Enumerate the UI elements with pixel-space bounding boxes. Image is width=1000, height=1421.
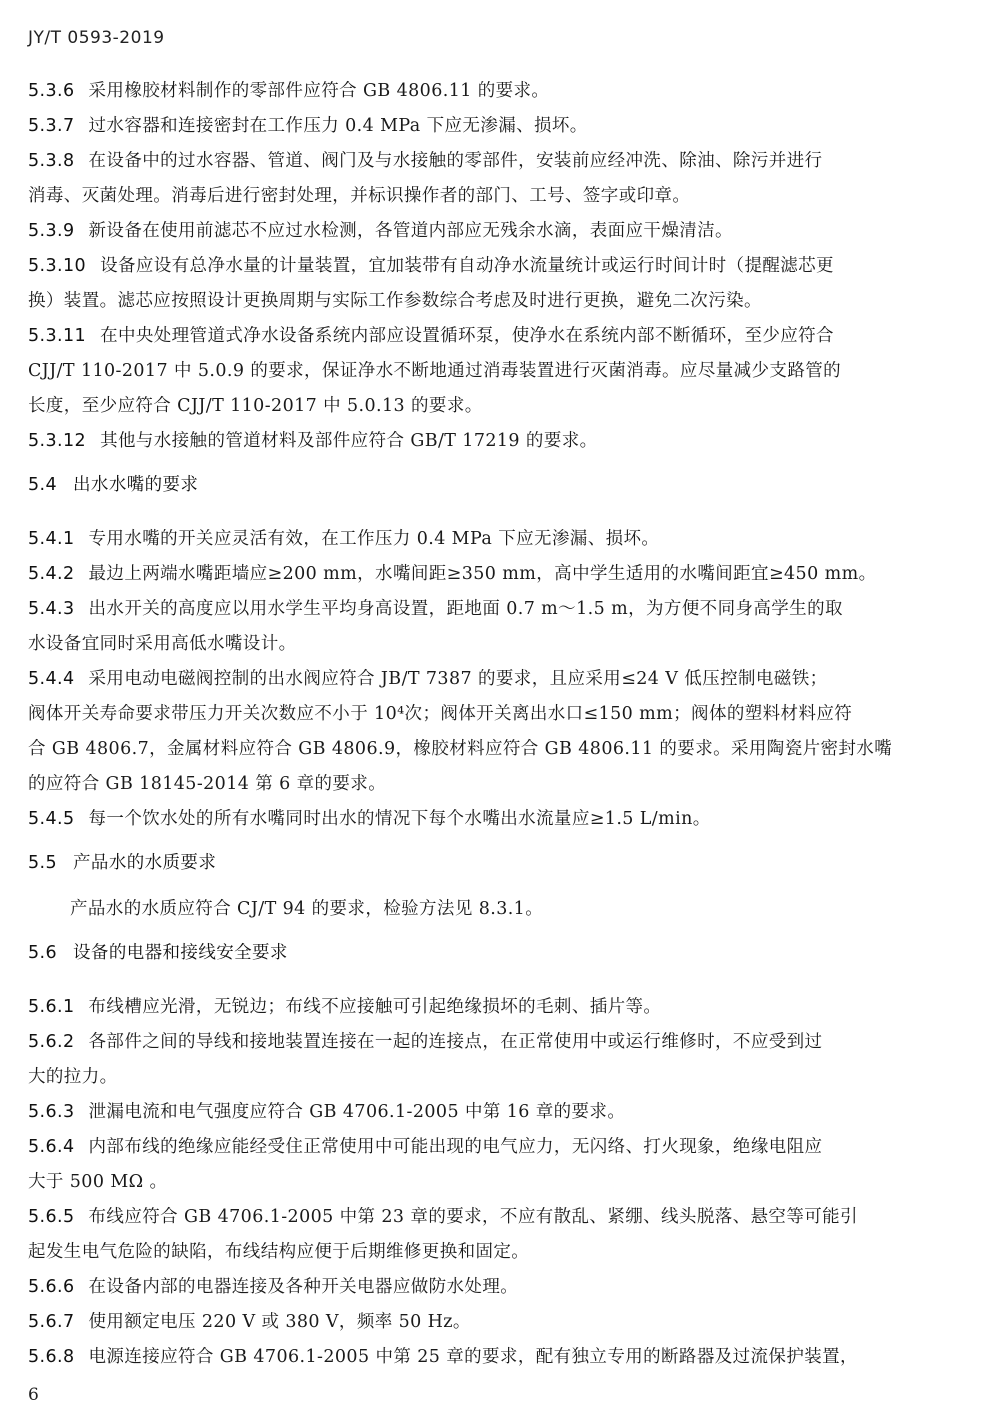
page-number: 6 — [28, 1385, 39, 1405]
clause-number: 5.4 — [28, 468, 57, 504]
clause-line: 5.4.3出水开关的高度应以用水学生平均身高设置，距地面 0.7 m～1.5 m… — [28, 592, 843, 628]
clause-continuation: 起发生电气危险的缺陷，布线结构应便于后期维修更换和固定。 — [28, 1235, 529, 1271]
clause-text: 专用水嘴的开关应灵活有效，在工作压力 0.4 MPa 下应无渗漏、损坏。 — [89, 529, 660, 549]
clause-text: 在设备内部的电器连接及各种开关电器应做防水处理。 — [89, 1277, 519, 1297]
section-heading: 5.4出水水嘴的要求 — [28, 468, 198, 504]
section-heading: 5.5产品水的水质要求 — [28, 846, 216, 882]
clause-continuation: 水设备宜同时采用高低水嘴设计。 — [28, 627, 297, 663]
clause-number: 5.5 — [28, 846, 57, 882]
clause-number: 5.3.10 — [28, 249, 86, 285]
clause-number: 5.4.4 — [28, 662, 75, 698]
clause-text: 内部布线的绝缘应能经受住正常使用中可能出现的电气应力，无闪络、打火现象，绝缘电阻… — [89, 1137, 823, 1157]
clause-number: 5.3.6 — [28, 74, 75, 110]
clause-continuation: 的应符合 GB 18145-2014 第 6 章的要求。 — [28, 767, 386, 803]
clause-text: 布线槽应光滑，无锐边；布线不应接触可引起绝缘损坏的毛刺、插片等。 — [89, 997, 662, 1017]
clause-text: 阀体开关寿命要求带压力开关次数应不小于 10⁴次；阀体开关离出水口≤150 mm… — [28, 704, 852, 724]
clause-text: 泄漏电流和电气强度应符合 GB 4706.1-2005 中第 16 章的要求。 — [89, 1102, 626, 1122]
clause-text: 大的拉力。 — [28, 1067, 118, 1087]
clause-line: 5.4.1专用水嘴的开关应灵活有效，在工作压力 0.4 MPa 下应无渗漏、损坏… — [28, 522, 659, 558]
clause-number: 5.3.9 — [28, 214, 75, 250]
clause-continuation: 合 GB 4806.7，金属材料应符合 GB 4806.9，橡胶材料应符合 GB… — [28, 732, 892, 768]
clause-text: 每一个饮水处的所有水嘴同时出水的情况下每个水嘴出水流量应≥1.5 L/min。 — [89, 809, 711, 829]
clause-line: 5.6.2各部件之间的导线和接地装置连接在一起的连接点，在正常使用中或运行维修时… — [28, 1025, 822, 1061]
clause-line: 5.3.8在设备中的过水容器、管道、阀门及与水接触的零部件，安装前应经冲洗、除油… — [28, 144, 822, 180]
clause-number: 5.6.7 — [28, 1305, 75, 1341]
clause-line: 5.4.5每一个饮水处的所有水嘴同时出水的情况下每个水嘴出水流量应≥1.5 L/… — [28, 802, 711, 838]
clause-number: 5.6 — [28, 936, 57, 972]
clause-text: 产品水的水质应符合 CJ/T 94 的要求，检验方法见 8.3.1。 — [70, 899, 543, 919]
clause-text: 过水容器和连接密封在工作压力 0.4 MPa 下应无渗漏、损坏。 — [89, 116, 588, 136]
clause-text: 在设备中的过水容器、管道、阀门及与水接触的零部件，安装前应经冲洗、除油、除污并进… — [89, 151, 823, 171]
clause-number: 5.6.3 — [28, 1095, 75, 1131]
clause-text: 长度，至少应符合 CJJ/T 110-2017 中 5.0.13 的要求。 — [28, 396, 483, 416]
clause-line: 5.6.5布线应符合 GB 4706.1-2005 中第 23 章的要求，不应有… — [28, 1200, 858, 1236]
clause-text: 各部件之间的导线和接地装置连接在一起的连接点，在正常使用中或运行维修时，不应受到… — [89, 1032, 823, 1052]
clause-text: 大于 500 MΩ 。 — [28, 1172, 167, 1192]
clause-number: 5.4.5 — [28, 802, 75, 838]
clause-text: 其他与水接触的管道材料及部件应符合 GB/T 17219 的要求。 — [100, 431, 597, 451]
clause-line: 5.3.11在中央处理管道式净水设备系统内部应设置循环泵，使净水在系统内部不断循… — [28, 319, 834, 355]
document-code-header: JY/T 0593-2019 — [28, 28, 165, 48]
clause-continuation: 消毒、灭菌处理。消毒后进行密封处理，并标识操作者的部门、工号、签字或印章。 — [28, 179, 690, 215]
clause-line: 5.3.10设备应设有总净水量的计量装置，宜加装带有自动净水流量统计或运行时间计… — [28, 249, 834, 285]
clause-text: 最边上两端水嘴距墙应≥200 mm，水嘴间距≥350 mm，高中学生适用的水嘴间… — [89, 564, 877, 584]
clause-text: 的应符合 GB 18145-2014 第 6 章的要求。 — [28, 774, 386, 794]
clause-line: 5.3.7过水容器和连接密封在工作压力 0.4 MPa 下应无渗漏、损坏。 — [28, 109, 588, 145]
clause-continuation: 大于 500 MΩ 。 — [28, 1165, 167, 1201]
clause-line: 5.4.4采用电动电磁阀控制的出水阀应符合 JB/T 7387 的要求，且应采用… — [28, 662, 828, 698]
clause-number: 5.6.8 — [28, 1340, 75, 1376]
clause-text: 在中央处理管道式净水设备系统内部应设置循环泵，使净水在系统内部不断循环，至少应符… — [100, 326, 834, 346]
clause-number: 5.4.3 — [28, 592, 75, 628]
clause-continuation: 换）装置。滤芯应按照设计更换周期与实际工作参数综合考虑及时进行更换，避免二次污染… — [28, 284, 762, 320]
clause-number: 5.6.4 — [28, 1130, 75, 1166]
clause-continuation: 产品水的水质应符合 CJ/T 94 的要求，检验方法见 8.3.1。 — [28, 892, 543, 928]
section-title: 产品水的水质要求 — [73, 853, 216, 873]
clause-line: 5.6.6在设备内部的电器连接及各种开关电器应做防水处理。 — [28, 1270, 518, 1306]
clause-text: 采用橡胶材料制作的零部件应符合 GB 4806.11 的要求。 — [89, 81, 550, 101]
clause-number: 5.4.1 — [28, 522, 75, 558]
clause-number: 5.6.2 — [28, 1025, 75, 1061]
clause-line: 5.3.6采用橡胶材料制作的零部件应符合 GB 4806.11 的要求。 — [28, 74, 549, 110]
clause-text: 设备应设有总净水量的计量装置，宜加装带有自动净水流量统计或运行时间计时（提醒滤芯… — [100, 256, 834, 276]
clause-text: 水设备宜同时采用高低水嘴设计。 — [28, 634, 297, 654]
clause-text: 合 GB 4806.7，金属材料应符合 GB 4806.9，橡胶材料应符合 GB… — [28, 739, 892, 759]
clause-line: 5.4.2最边上两端水嘴距墙应≥200 mm，水嘴间距≥350 mm，高中学生适… — [28, 557, 876, 593]
clause-line: 5.6.8电源连接应符合 GB 4706.1-2005 中第 25 章的要求，配… — [28, 1340, 858, 1376]
section-title: 出水水嘴的要求 — [73, 475, 198, 495]
clause-number: 5.6.5 — [28, 1200, 75, 1236]
clause-number: 5.3.12 — [28, 424, 86, 460]
clause-line: 5.3.9新设备在使用前滤芯不应过水检测，各管道内部应无残余水滴，表面应干燥清洁… — [28, 214, 733, 250]
clause-continuation: 阀体开关寿命要求带压力开关次数应不小于 10⁴次；阀体开关离出水口≤150 mm… — [28, 697, 852, 733]
clause-text: 换）装置。滤芯应按照设计更换周期与实际工作参数综合考虑及时进行更换，避免二次污染… — [28, 291, 762, 311]
clause-number: 5.3.11 — [28, 319, 86, 355]
clause-line: 5.6.1布线槽应光滑，无锐边；布线不应接触可引起绝缘损坏的毛刺、插片等。 — [28, 990, 661, 1026]
clause-continuation: CJJ/T 110-2017 中 5.0.9 的要求，保证净水不断地通过消毒装置… — [28, 354, 841, 390]
clause-number: 5.6.1 — [28, 990, 75, 1026]
clause-line: 5.6.4内部布线的绝缘应能经受住正常使用中可能出现的电气应力，无闪络、打火现象… — [28, 1130, 822, 1166]
clause-continuation: 长度，至少应符合 CJJ/T 110-2017 中 5.0.13 的要求。 — [28, 389, 483, 425]
clause-number: 5.6.6 — [28, 1270, 75, 1306]
clause-text: 使用额定电压 220 V 或 380 V，频率 50 Hz。 — [89, 1312, 471, 1332]
clause-text: 布线应符合 GB 4706.1-2005 中第 23 章的要求，不应有散乱、紧绷… — [89, 1207, 858, 1227]
clause-continuation: 大的拉力。 — [28, 1060, 118, 1096]
clause-line: 5.3.12其他与水接触的管道材料及部件应符合 GB/T 17219 的要求。 — [28, 424, 598, 460]
clause-line: 5.6.3泄漏电流和电气强度应符合 GB 4706.1-2005 中第 16 章… — [28, 1095, 625, 1131]
section-heading: 5.6设备的电器和接线安全要求 — [28, 936, 288, 972]
clause-text: 电源连接应符合 GB 4706.1-2005 中第 25 章的要求，配有独立专用… — [89, 1347, 858, 1367]
clause-text: 新设备在使用前滤芯不应过水检测，各管道内部应无残余水滴，表面应干燥清洁。 — [89, 221, 733, 241]
clause-text: CJJ/T 110-2017 中 5.0.9 的要求，保证净水不断地通过消毒装置… — [28, 361, 841, 381]
section-title: 设备的电器和接线安全要求 — [73, 943, 288, 963]
clause-number: 5.3.7 — [28, 109, 75, 145]
clause-text: 起发生电气危险的缺陷，布线结构应便于后期维修更换和固定。 — [28, 1242, 529, 1262]
clause-text: 出水开关的高度应以用水学生平均身高设置，距地面 0.7 m～1.5 m，为方便不… — [89, 599, 843, 619]
clause-number: 5.3.8 — [28, 144, 75, 180]
clause-text: 消毒、灭菌处理。消毒后进行密封处理，并标识操作者的部门、工号、签字或印章。 — [28, 186, 690, 206]
clause-line: 5.6.7使用额定电压 220 V 或 380 V，频率 50 Hz。 — [28, 1305, 471, 1341]
clause-number: 5.4.2 — [28, 557, 75, 593]
clause-text: 采用电动电磁阀控制的出水阀应符合 JB/T 7387 的要求，且应采用≤24 V… — [89, 669, 828, 689]
